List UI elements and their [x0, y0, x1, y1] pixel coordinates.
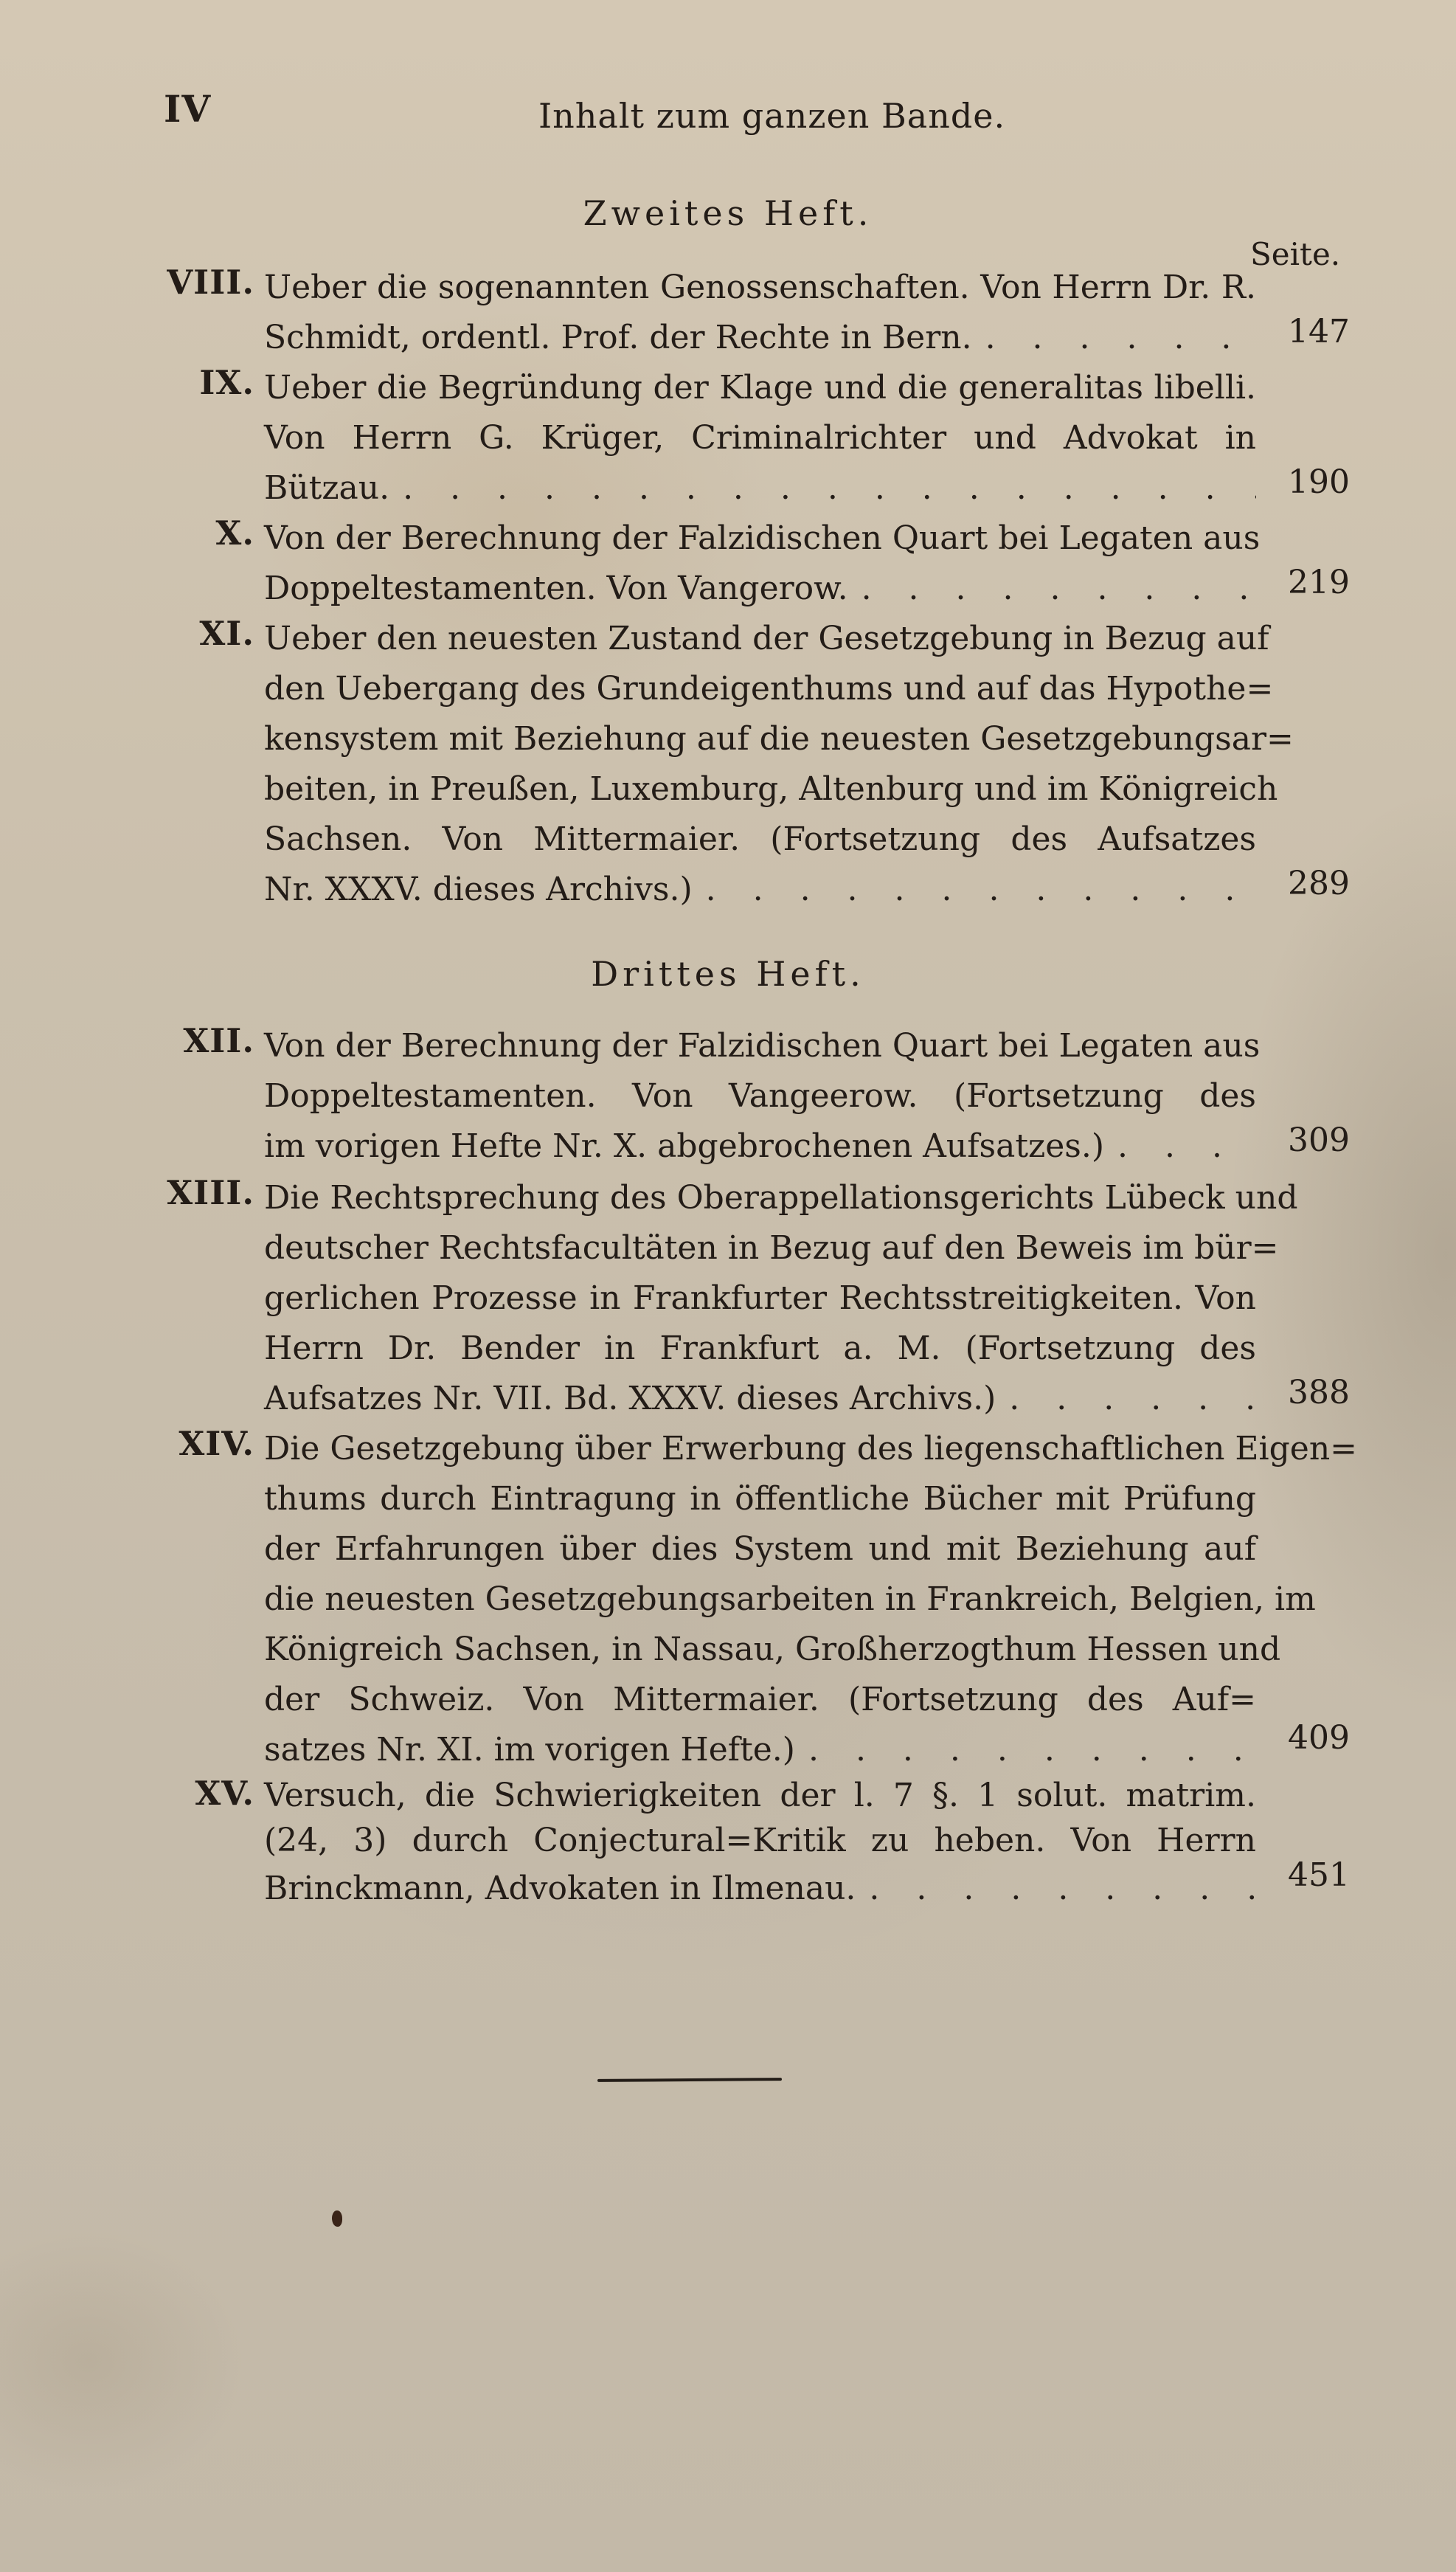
entry-line: (24, 3) durch Conjectural=Kritik zu hebe…	[264, 1818, 1256, 1864]
entry-page-number: 190	[1263, 463, 1350, 501]
entry-text: Von der Berechnung der Falzidischen Quar…	[264, 514, 1256, 614]
running-head: IV Inhalt zum ganzen Bande.	[0, 87, 1456, 146]
dot-leader: . . . . . . . . . . . . . . . . . . . . …	[848, 564, 1256, 614]
entry-text: Von der Berechnung der Falzidischen Quar…	[264, 1021, 1256, 1172]
closing-rule	[597, 2078, 782, 2082]
dot-leader: . . . . . . . . . . . . . . . . . . . . …	[1104, 1121, 1256, 1172]
entry-line: die neuesten Gesetzgebungsarbeiten in Fr…	[264, 1574, 1256, 1625]
entry-number: XIII.	[0, 1173, 254, 1212]
entry-line: Ueber die sogenannten Genossenschaften. …	[264, 263, 1256, 313]
entry-line: Die Gesetzgebung über Erwerbung des lieg…	[264, 1424, 1256, 1474]
entry-number: XIV.	[0, 1424, 254, 1463]
entry-text: Ueber die Begründung der Klage und die g…	[264, 363, 1256, 514]
entry-line: thums durch Eintragung in öffentliche Bü…	[264, 1474, 1256, 1524]
page-folio: IV	[164, 87, 211, 131]
entry-text: Versuch, die Schwierigkeiten der l. 7 §.…	[264, 1774, 1256, 1914]
entry-line: Von der Berechnung der Falzidischen Quar…	[264, 514, 1256, 564]
entry-line: der Schweiz. Von Mittermaier. (Fortsetzu…	[264, 1675, 1256, 1725]
entry-line: Sachsen. Von Mittermaier. (Fortsetzung d…	[264, 815, 1256, 865]
entry-line: Herrn Dr. Bender in Frankfurt a. M. (For…	[264, 1324, 1256, 1374]
section-title-zweites-heft: Zweites Heft.	[0, 193, 1456, 233]
page-column-label: Seite.	[1250, 236, 1340, 272]
dot-leader: . . . . . . . . . . . . . . . . . . . . …	[856, 1864, 1256, 1914]
entry-line-last: Doppeltestamenten. Von Vangerow.. . . . …	[264, 564, 1256, 614]
entry-line-last: Nr. XXXV. dieses Archivs.). . . . . . . …	[264, 865, 1256, 915]
entry-number: X.	[0, 514, 254, 553]
entry-number: IX.	[0, 363, 254, 402]
entry-line: kensystem mit Beziehung auf die neuesten…	[264, 714, 1256, 764]
entry-page-number: 409	[1263, 1719, 1350, 1757]
entry-line-last: im vorigen Hefte Nr. X. abgebrochenen Au…	[264, 1121, 1256, 1172]
running-head-title: Inhalt zum ganzen Bande.	[538, 96, 1005, 136]
entry-line-last: Schmidt, ordentl. Prof. der Rechte in Be…	[264, 313, 1256, 363]
entry-page-number: 309	[1263, 1121, 1350, 1159]
entry-line: Die Rechtsprechung des Oberappellationsg…	[264, 1173, 1256, 1223]
entry-line: beiten, in Preußen, Luxemburg, Altenburg…	[264, 764, 1256, 815]
entry-line: gerlichen Prozesse in Frankfurter Rechts…	[264, 1273, 1256, 1324]
section-title-drittes-heft: Drittes Heft.	[0, 954, 1456, 994]
entry-line: Ueber den neuesten Zustand der Gesetzgeb…	[264, 614, 1256, 664]
dot-leader: . . . . . . . . . . . . . . . . . . . . …	[389, 463, 1256, 514]
entry-text: Die Rechtsprechung des Oberappellationsg…	[264, 1173, 1256, 1424]
entry-line-last: Bützau.. . . . . . . . . . . . . . . . .…	[264, 463, 1256, 514]
entry-text: Ueber den neuesten Zustand der Gesetzgeb…	[264, 614, 1256, 915]
entry-line-last: Brinckmann, Advokaten in Ilmenau.. . . .…	[264, 1864, 1256, 1914]
dot-leader: . . . . . . . . . . . . . . . . . . . . …	[972, 313, 1256, 363]
entry-line: Ueber die Begründung der Klage und die g…	[264, 363, 1256, 413]
entry-line: Von Herrn G. Krüger, Criminalrichter und…	[264, 413, 1256, 463]
entry-number: XII.	[0, 1021, 254, 1060]
dot-leader: . . . . . . . . . . . . . . . . . . . . …	[693, 865, 1256, 915]
dot-leader: . . . . . . . . . . . . . . . . . . . . …	[795, 1725, 1256, 1775]
entry-line: deutscher Rechtsfacultäten in Bezug auf …	[264, 1223, 1256, 1273]
entry-number: XV.	[0, 1774, 254, 1813]
entry-line: den Uebergang des Grundeigenthums und au…	[264, 664, 1256, 714]
entry-line: Von der Berechnung der Falzidischen Quar…	[264, 1021, 1256, 1071]
ink-spot	[332, 2210, 342, 2227]
entry-text: Die Gesetzgebung über Erwerbung des lieg…	[264, 1424, 1256, 1775]
entry-page-number: 219	[1263, 564, 1350, 601]
dot-leader: . . . . . . . . . . . . . . . . . . . . …	[996, 1374, 1256, 1424]
entry-page-number: 289	[1263, 865, 1350, 902]
entry-line: der Erfahrungen über dies System und mit…	[264, 1524, 1256, 1574]
entry-number: XI.	[0, 614, 254, 653]
entry-line-last: Aufsatzes Nr. VII. Bd. XXXV. dieses Arch…	[264, 1374, 1256, 1424]
entry-page-number: 147	[1263, 313, 1350, 350]
entry-page-number: 388	[1263, 1374, 1350, 1411]
entry-line: Doppeltestamenten. Von Vangeerow. (Forts…	[264, 1071, 1256, 1121]
entry-line-last: satzes Nr. XI. im vorigen Hefte.). . . .…	[264, 1725, 1256, 1775]
entry-line: Königreich Sachsen, in Nassau, Großherzo…	[264, 1625, 1256, 1675]
book-page: IV Inhalt zum ganzen Bande. Zweites Heft…	[0, 0, 1456, 2572]
entry-page-number: 451	[1263, 1856, 1350, 1894]
entry-line: Versuch, die Schwierigkeiten der l. 7 §.…	[264, 1774, 1256, 1818]
entry-number: VIII.	[0, 263, 254, 302]
entry-text: Ueber die sogenannten Genossenschaften. …	[264, 263, 1256, 363]
